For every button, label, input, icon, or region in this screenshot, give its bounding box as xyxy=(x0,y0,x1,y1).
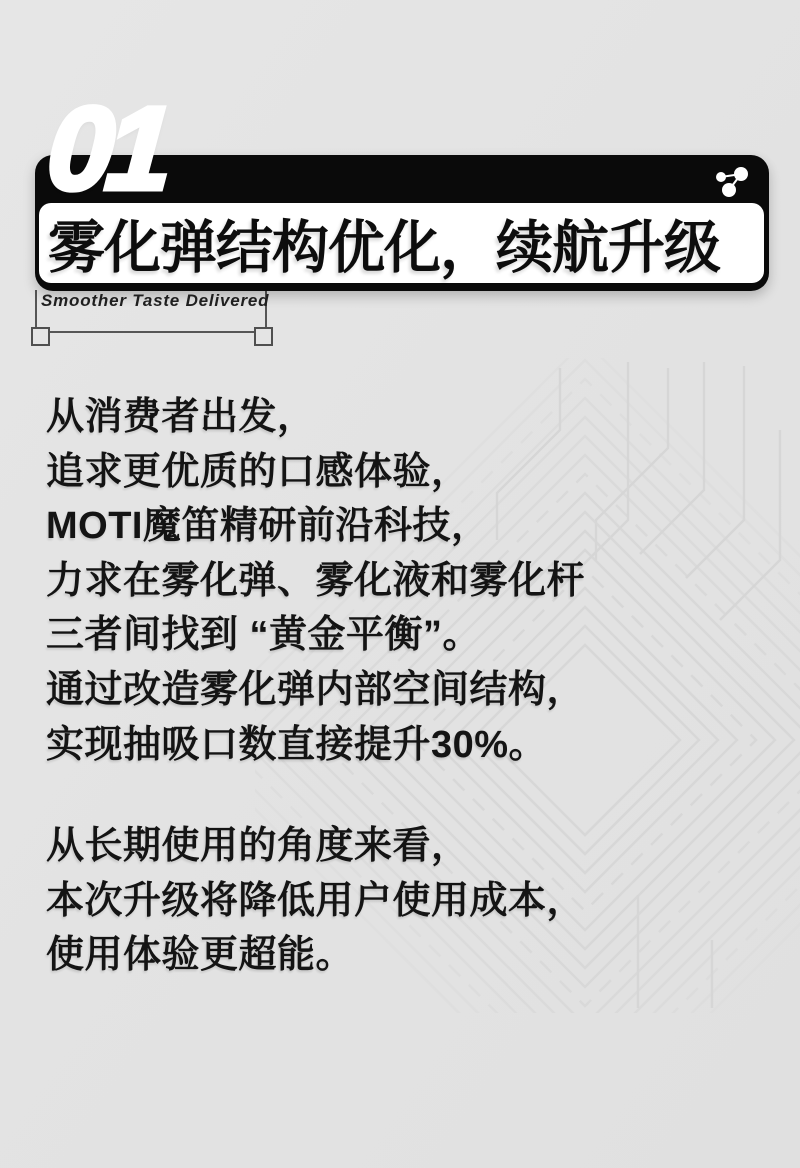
body-paragraph-1: 从消费者出发， 追求更优质的口感体验， MOTI魔笛精研前沿科技， 力求在雾化弹… xyxy=(46,390,585,772)
body-line: 从长期使用的角度来看， xyxy=(46,819,585,874)
subtitle: Smoother Taste Delivered xyxy=(41,291,269,311)
frame-handle-left xyxy=(31,327,50,346)
section-number: 01 xyxy=(44,90,170,208)
body-line: MOTI魔笛精研前沿科技， xyxy=(46,499,585,554)
body-line: 追求更优质的口感体验， xyxy=(46,445,585,500)
body-line: 力求在雾化弹、雾化液和雾化杆 xyxy=(46,554,585,609)
frame-line-bottom xyxy=(36,331,266,333)
body-line: 实现抽吸口数直接提升30%。 xyxy=(46,718,585,773)
title-panel: 雾化弹结构优化，续航升级 xyxy=(39,203,764,283)
body-paragraph-2: 从长期使用的角度来看， 本次升级将降低用户使用成本， 使用体验更超能。 xyxy=(46,819,585,983)
body-line: 使用体验更超能。 xyxy=(46,928,585,983)
poster-section: 01 雾化弹结构优化，续航升级 Smoother Taste Delivered… xyxy=(0,0,800,1168)
body-line: 本次升级将降低用户使用成本， xyxy=(46,874,585,929)
body-line: 从消费者出发， xyxy=(46,390,585,445)
frame-handle-right xyxy=(254,327,273,346)
frame-line-left xyxy=(35,290,37,332)
molecule-icon xyxy=(708,162,754,202)
body-line: 通过改造雾化弹内部空间结构， xyxy=(46,663,585,718)
body-line: 三者间找到 “黄金平衡”。 xyxy=(46,608,585,663)
